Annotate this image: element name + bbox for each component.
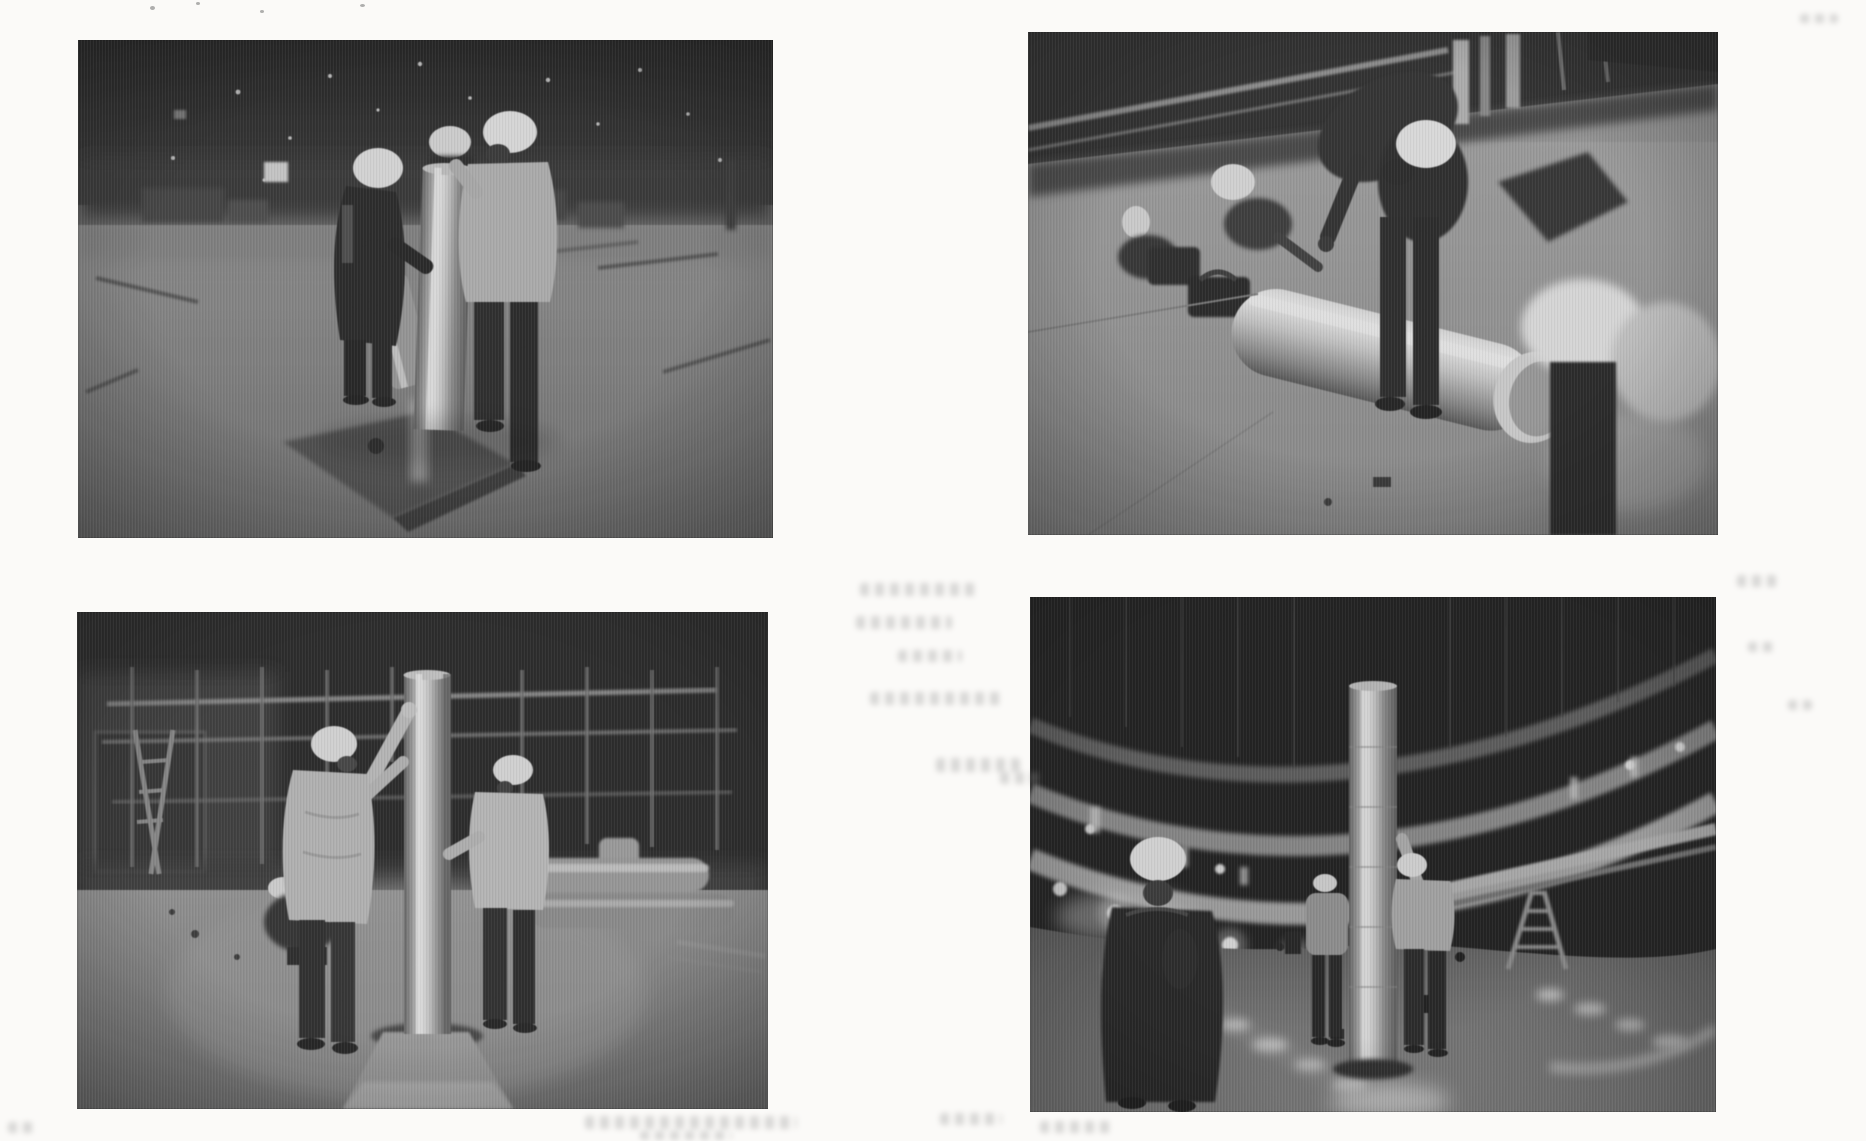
photo-bottom-right <box>1030 597 1716 1112</box>
ghost-showthrough-mark <box>8 1122 34 1133</box>
ghost-showthrough-mark <box>936 758 1020 772</box>
ghost-showthrough-mark <box>1737 575 1777 587</box>
scan-speck <box>360 4 365 7</box>
ghost-showthrough-mark <box>940 1113 1002 1125</box>
ghost-showthrough-mark <box>1800 14 1838 23</box>
photo-top-right-illustration <box>1028 32 1718 535</box>
photo-bottom-right-illustration <box>1030 597 1716 1112</box>
photo-top-left <box>78 40 773 538</box>
photo-top-right <box>1028 32 1718 535</box>
ghost-showthrough-mark <box>860 583 980 596</box>
photo-bottom-left <box>77 612 768 1109</box>
ghost-showthrough-mark <box>870 692 1002 705</box>
scan-speck <box>260 10 264 13</box>
ghost-showthrough-mark <box>898 650 962 662</box>
ghost-showthrough-mark <box>1040 1121 1112 1133</box>
scan-speck <box>196 2 200 5</box>
scan-speck <box>150 6 155 10</box>
photo-top-left-illustration <box>78 40 773 538</box>
scanned-page <box>0 0 1866 1141</box>
ghost-showthrough-mark <box>856 616 952 629</box>
ghost-showthrough-mark <box>640 1131 732 1140</box>
ghost-showthrough-mark <box>1788 700 1812 710</box>
ghost-showthrough-mark <box>585 1116 797 1129</box>
ghost-showthrough-mark <box>1748 642 1776 652</box>
photo-bottom-left-illustration <box>77 612 768 1109</box>
